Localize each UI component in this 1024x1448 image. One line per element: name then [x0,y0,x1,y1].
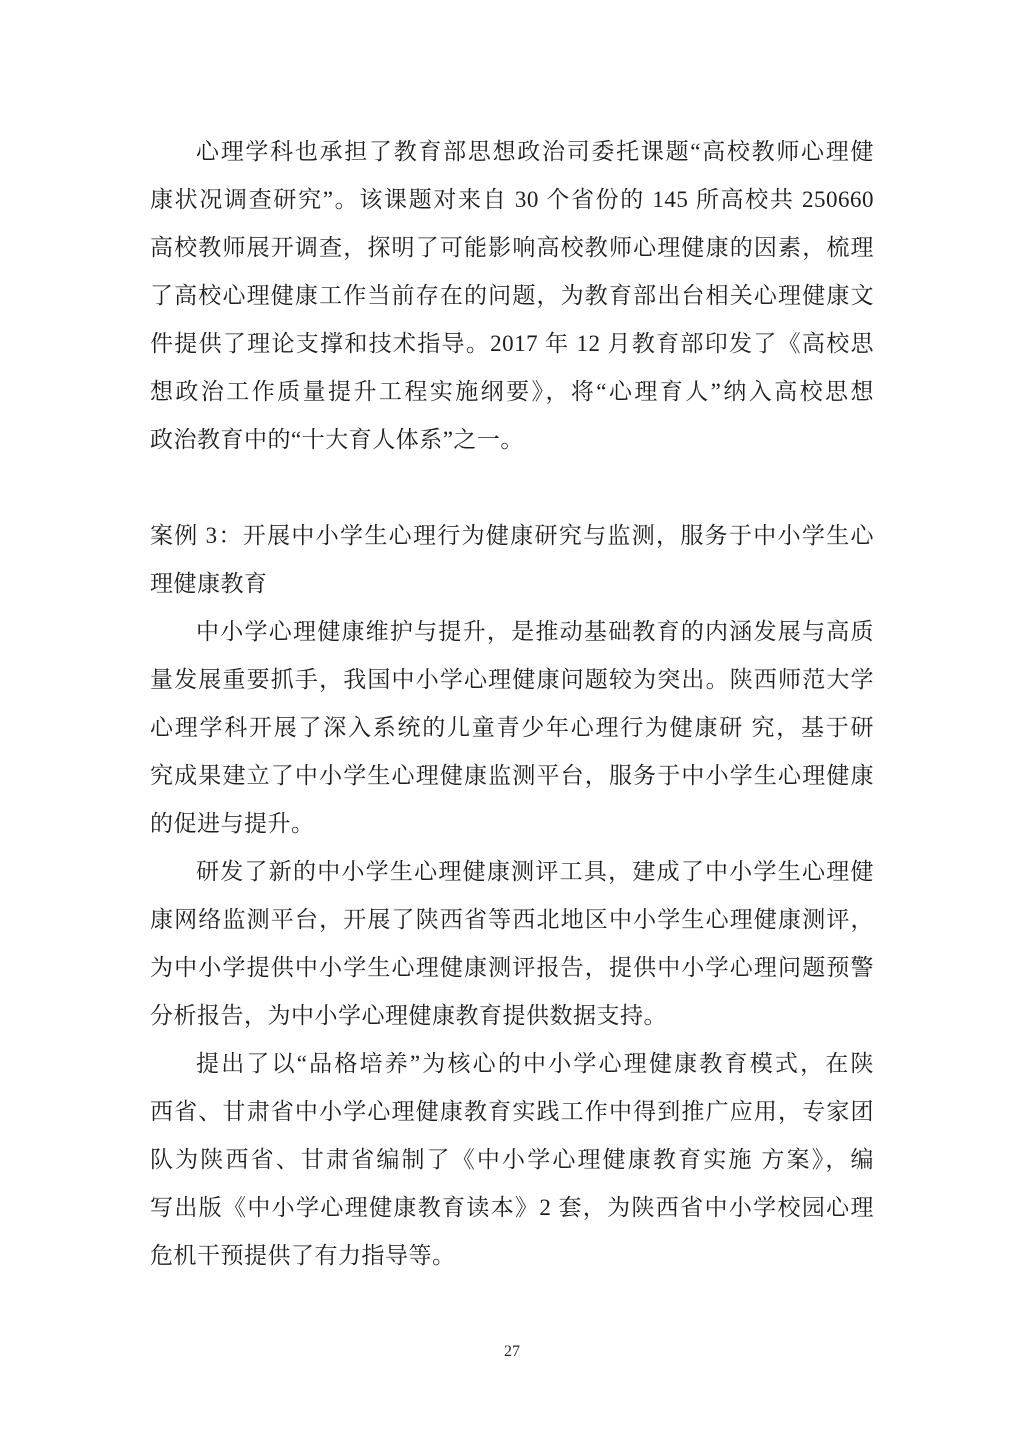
text-line: 的促进与提升。 [150,800,874,848]
text-line: 危机干预提供了有力指导等。 [150,1232,874,1280]
paragraph-k12-overview: 中小学心理健康维护与提升，是推动基础教育的内涵发展与高质 量发展重要抓手，我国中… [150,608,874,848]
text-line: 西省、甘肃省中小学心理健康教育实践工作中得到推广应用，专家团 [150,1088,874,1136]
text-line: 分析报告，为中小学心理健康教育提供数据支持。 [150,992,874,1040]
page-number: 27 [0,1338,1024,1366]
text-line: 心理学科开展了深入系统的儿童青少年心理行为健康研 究，基于研 [150,704,874,752]
document-page: 心理学科也承担了教育部思想政治司委托课题“高校教师心理健 康状况调查研究”。该课… [0,0,1024,1448]
document-body: 心理学科也承担了教育部思想政治司委托课题“高校教师心理健 康状况调查研究”。该课… [150,128,874,1280]
heading-line: 案例 3：开展中小学生心理行为健康研究与监测，服务于中小学生心 [150,512,874,560]
text-line: 研发了新的中小学生心理健康测评工具，建成了中小学生心理健 [150,848,874,896]
text-line: 康状况调查研究”。该课题对来自 30 个省份的 145 所高校共 250660 [150,176,874,224]
paragraph-character-cultivation: 提出了以“品格培养”为核心的中小学心理健康教育模式，在陕 西省、甘肃省中小学心理… [150,1040,874,1280]
text-line: 量发展重要抓手，我国中小学心理健康问题较为突出。陕西师范大学 [150,656,874,704]
paragraph-university-teachers-survey: 心理学科也承担了教育部思想政治司委托课题“高校教师心理健 康状况调查研究”。该课… [150,128,874,464]
text-line: 心理学科也承担了教育部思想政治司委托课题“高校教师心理健 [150,128,874,176]
text-line: 高校教师展开调查，探明了可能影响高校教师心理健康的因素，梳理 [150,224,874,272]
paragraph-monitoring-platform: 研发了新的中小学生心理健康测评工具，建成了中小学生心理健 康网络监测平台，开展了… [150,848,874,1040]
text-line: 究成果建立了中小学生心理健康监测平台，服务于中小学生心理健康 [150,752,874,800]
text-line: 中小学心理健康维护与提升，是推动基础教育的内涵发展与高质 [150,608,874,656]
text-line: 提出了以“品格培养”为核心的中小学心理健康教育模式，在陕 [150,1040,874,1088]
text-line: 想政治工作质量提升工程实施纲要》，将“心理育人”纳入高校思想 [150,368,874,416]
text-line: 康网络监测平台，开展了陕西省等西北地区中小学生心理健康测评， [150,896,874,944]
heading-line: 理健康教育 [150,560,874,608]
case-3-heading: 案例 3：开展中小学生心理行为健康研究与监测，服务于中小学生心 理健康教育 [150,512,874,608]
text-line: 了高校心理健康工作当前存在的问题，为教育部出台相关心理健康文 [150,272,874,320]
text-line: 队为陕西省、甘肃省编制了《中小学心理健康教育实施 方案》，编 [150,1136,874,1184]
text-line: 件提供了理论支撑和技术指导。2017 年 12 月教育部印发了《高校思 [150,320,874,368]
text-line: 写出版《中小学心理健康教育读本》2 套，为陕西省中小学校园心理 [150,1184,874,1232]
text-line: 政治教育中的“十大育人体系”之一。 [150,416,874,464]
text-line: 为中小学提供中小学生心理健康测评报告，提供中小学心理问题预警 [150,944,874,992]
